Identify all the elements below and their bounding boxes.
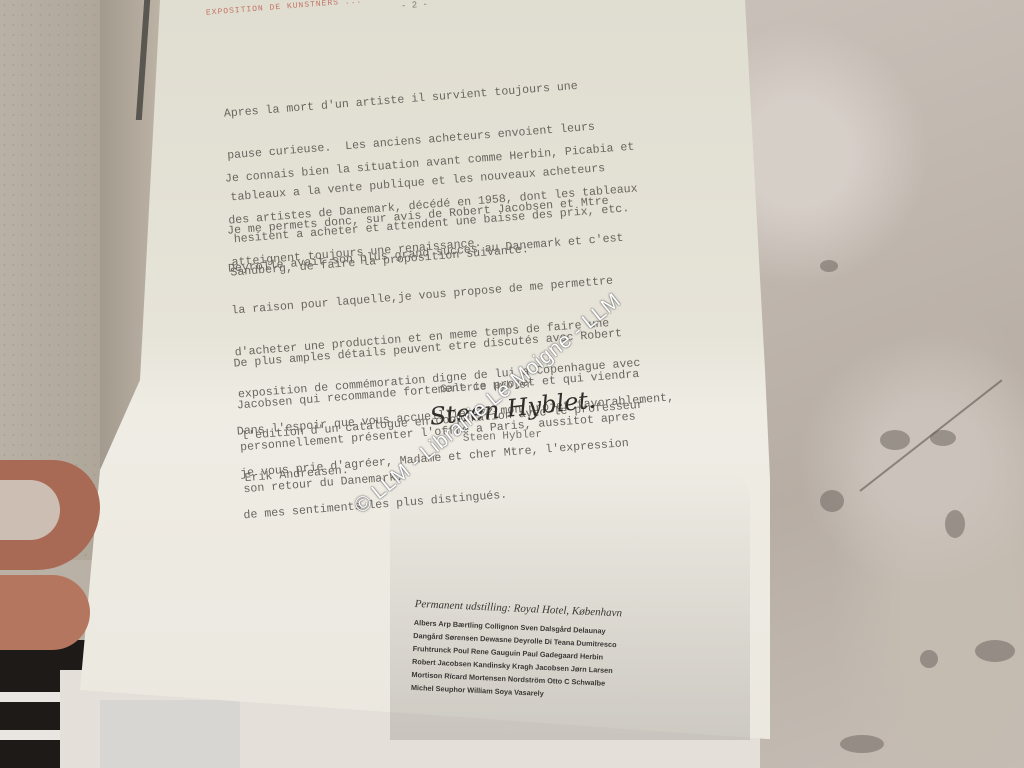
artist-list: Albers Arp Bærtling Collignon Sven Dalsg… — [411, 616, 674, 706]
text-line: Apres la mort d'un artiste il survient t… — [223, 77, 619, 122]
page-number: - 2 - — [401, 0, 429, 13]
text-line: Deyrolle avait son plus grand succes au … — [228, 231, 631, 277]
paper-stack-white — [100, 700, 240, 768]
letterhead-footer: Permanent udstilling: Royal Hotel, Køben… — [411, 598, 675, 706]
text-line: de mes sentiments les plus distingués. — [243, 475, 681, 523]
hand-holding-page — [0, 460, 110, 680]
